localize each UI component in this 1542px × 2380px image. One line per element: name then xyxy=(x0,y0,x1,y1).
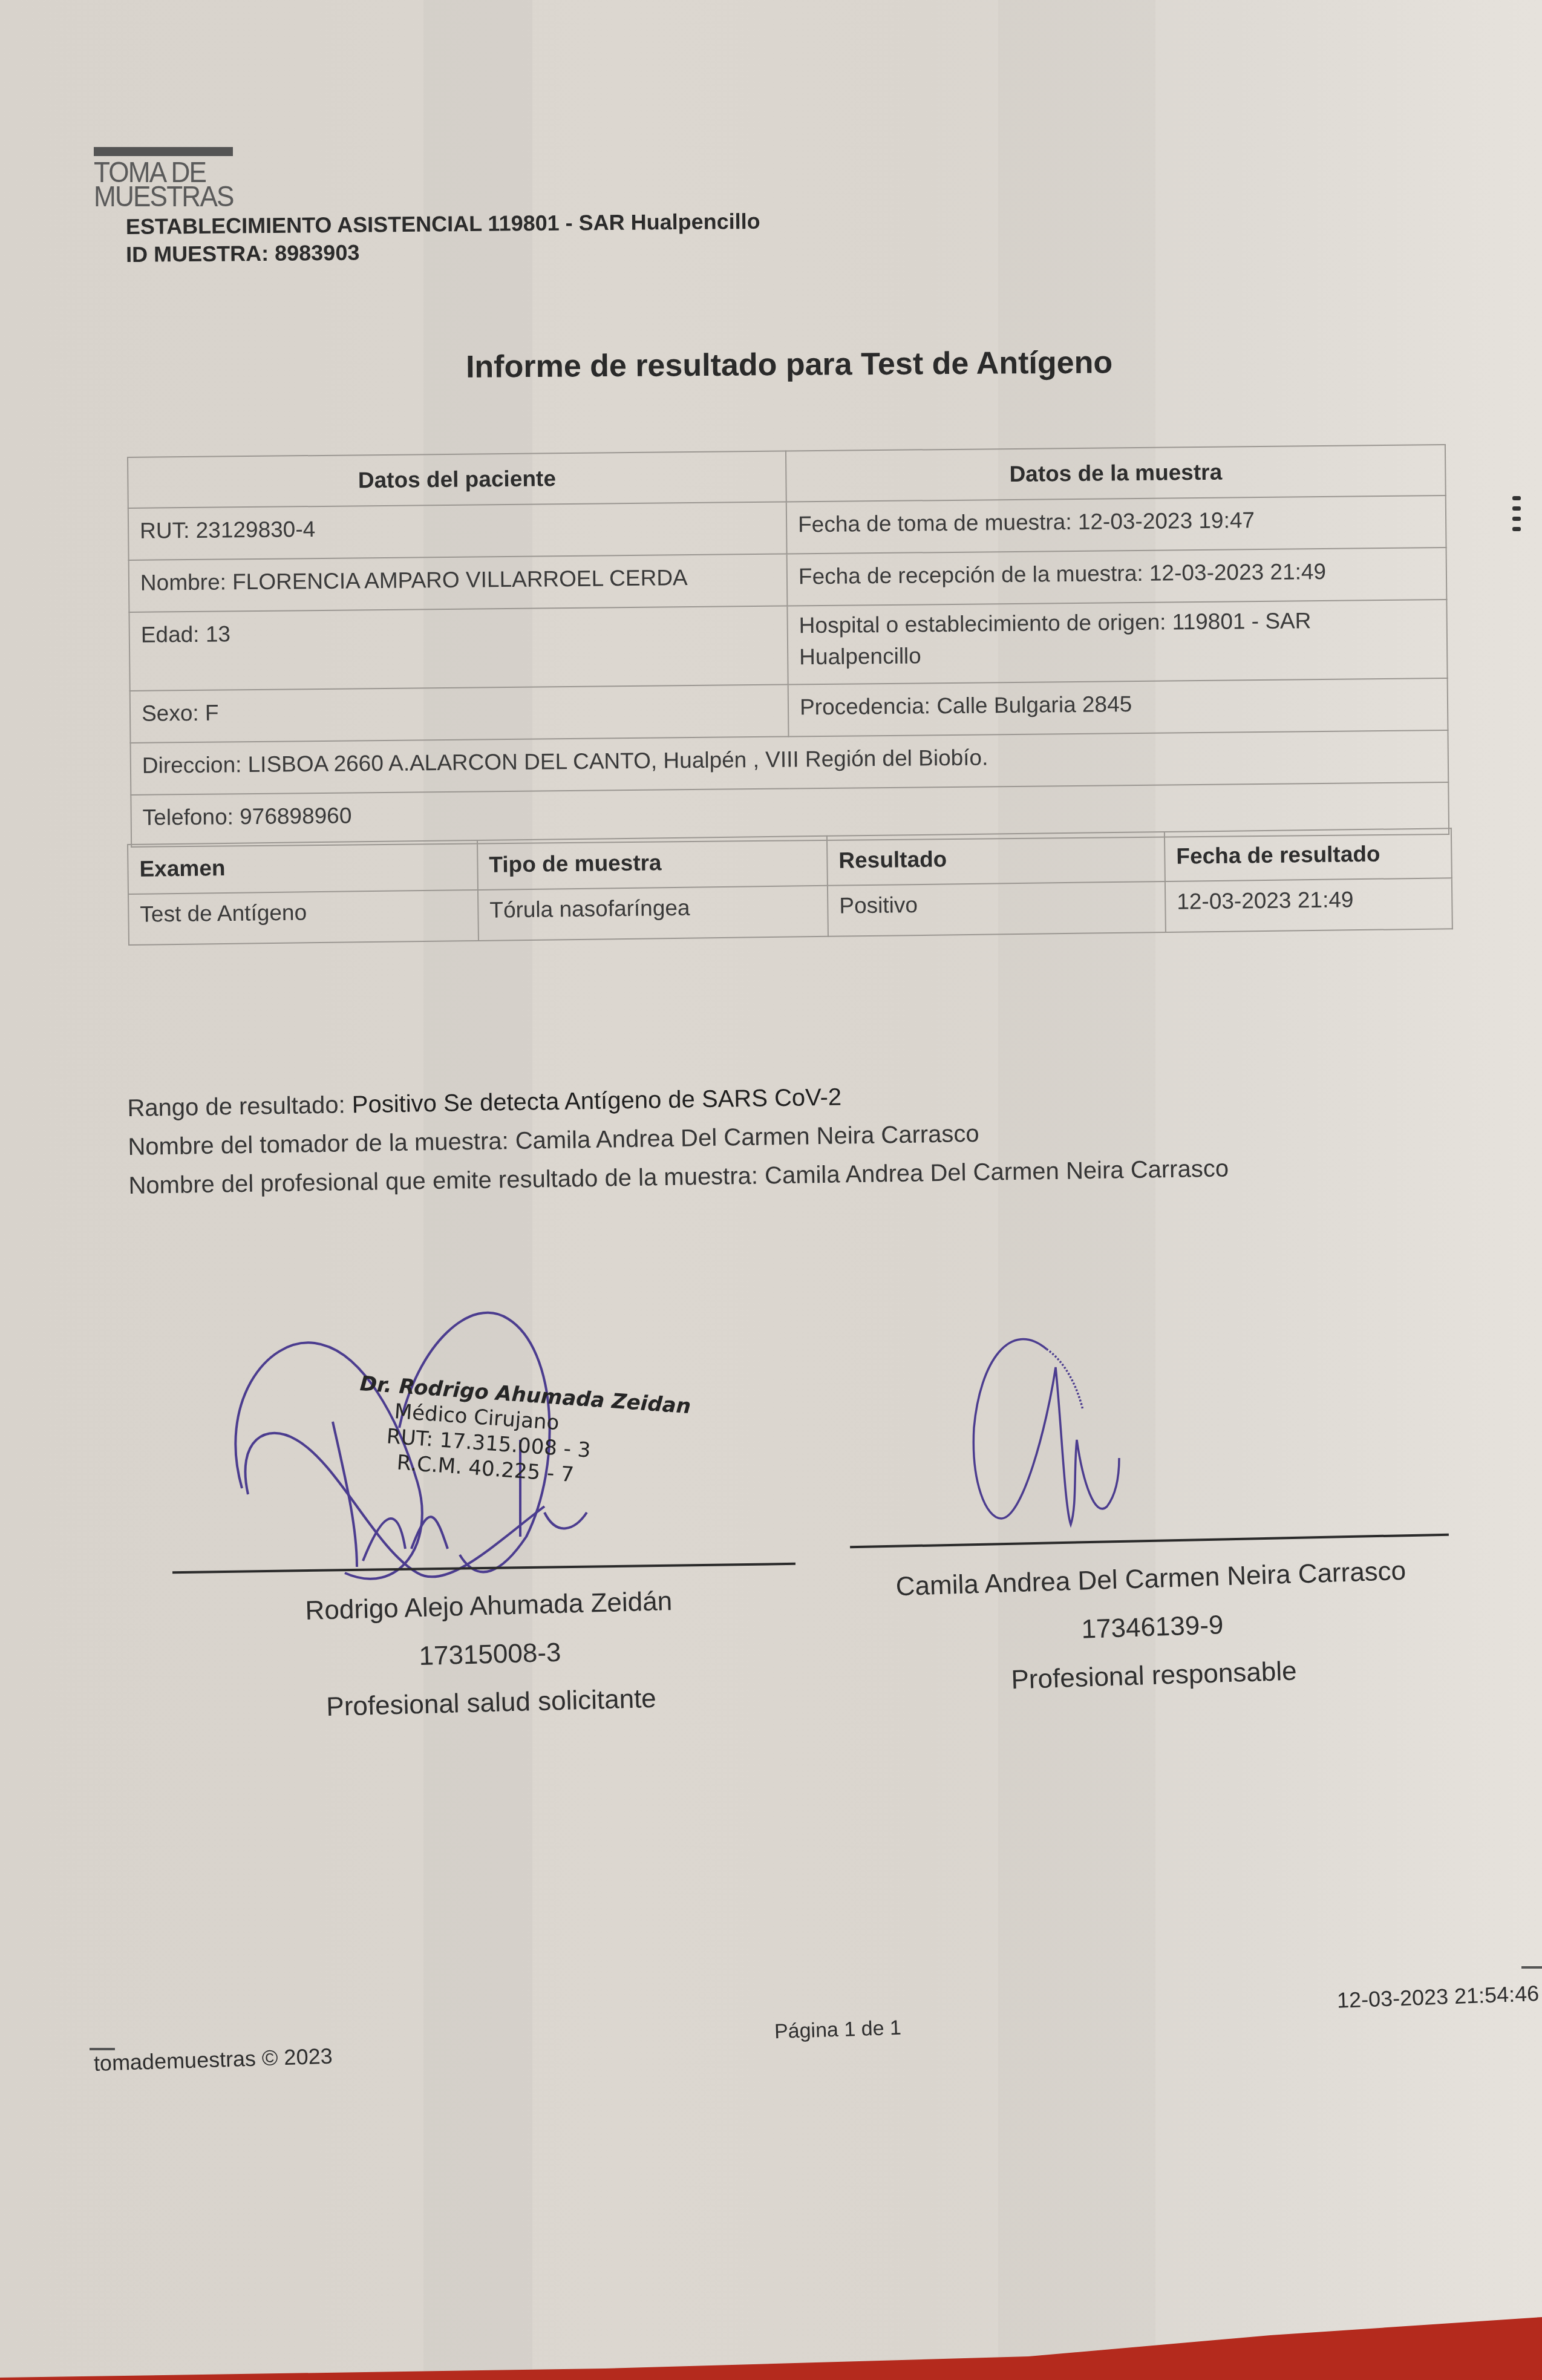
page-title: Informe de resultado para Test de Antíge… xyxy=(466,344,1112,385)
logo: TOMA DE MUESTRAS xyxy=(94,147,246,209)
sample-origin: Hospital o establecimiento de origen: 11… xyxy=(787,600,1447,684)
edge-marks xyxy=(1512,496,1520,537)
establishment-header: ESTABLECIMIENTO ASISTENCIAL 119801 - SAR… xyxy=(126,208,761,269)
footer-copyright: tomademuestras © 2023 xyxy=(93,2044,333,2076)
footer-dash xyxy=(1521,1966,1542,1969)
signature-block-left: Rodrigo Alejo Ahumada Zeidán 17315008-3 … xyxy=(264,1576,716,1733)
patient-header: Datos del paciente xyxy=(128,451,786,508)
footer-page-number: Página 1 de 1 xyxy=(774,2016,901,2044)
sample-id: ID MUESTRA: 8983903 xyxy=(126,235,760,269)
patient-age: Edad: 13 xyxy=(129,606,788,691)
results-header-tipo-de-muestra: Tipo de muestra xyxy=(477,836,828,890)
patient-name: Nombre: FLORENCIA AMPARO VILLARROEL CERD… xyxy=(129,554,788,612)
sample-header: Datos de la muestra xyxy=(786,445,1446,502)
signature-right-icon xyxy=(956,1325,1149,1543)
result-range-value: Positivo Se detecta Antígeno de SARS CoV… xyxy=(351,1084,841,1118)
patient-rut: RUT: 23129830-4 xyxy=(128,502,787,560)
results-header-examen: Examen xyxy=(128,840,478,894)
logo-text: TOMA DE MUESTRAS xyxy=(94,161,234,209)
results-header-resultado: Resultado xyxy=(827,832,1165,886)
logo-line-2: MUESTRAS xyxy=(94,185,234,209)
result-range-label: Rango de resultado: xyxy=(127,1091,352,1122)
patient-sex: Sexo: F xyxy=(130,685,789,743)
sample-reception-date: Fecha de recepción de la muestra: 12-03-… xyxy=(787,548,1447,606)
footer-timestamp: 12-03-2023 21:54:46 xyxy=(1336,1981,1540,2013)
sample-collection-date: Fecha de toma de muestra: 12-03-2023 19:… xyxy=(786,495,1446,554)
results-table: ExamenTipo de muestraResultadoFecha de r… xyxy=(127,828,1453,946)
logo-bar xyxy=(94,147,233,156)
results-cell: Positivo xyxy=(828,881,1166,937)
signature-block-right: Camila Andrea Del Carmen Neira Carrasco … xyxy=(869,1546,1436,1708)
paper-sheet: TOMA DE MUESTRAS ESTABLECIMIENTO ASISTEN… xyxy=(0,0,1542,2380)
results-header-fecha-de-resultado: Fecha de resultado xyxy=(1165,828,1452,881)
sample-procedencia: Procedencia: Calle Bulgaria 2845 xyxy=(788,678,1448,736)
results-cell: 12-03-2023 21:49 xyxy=(1165,878,1452,932)
results-cell: Test de Antígeno xyxy=(128,890,479,945)
result-info: Rango de resultado: Positivo Se detecta … xyxy=(127,1071,1229,1205)
establishment-name: ESTABLECIMIENTO ASISTENCIAL 119801 - SAR… xyxy=(126,208,760,241)
patient-sample-table: Datos del paciente Datos de la muestra R… xyxy=(127,444,1449,848)
results-cell: Tórula nasofaríngea xyxy=(478,886,828,941)
